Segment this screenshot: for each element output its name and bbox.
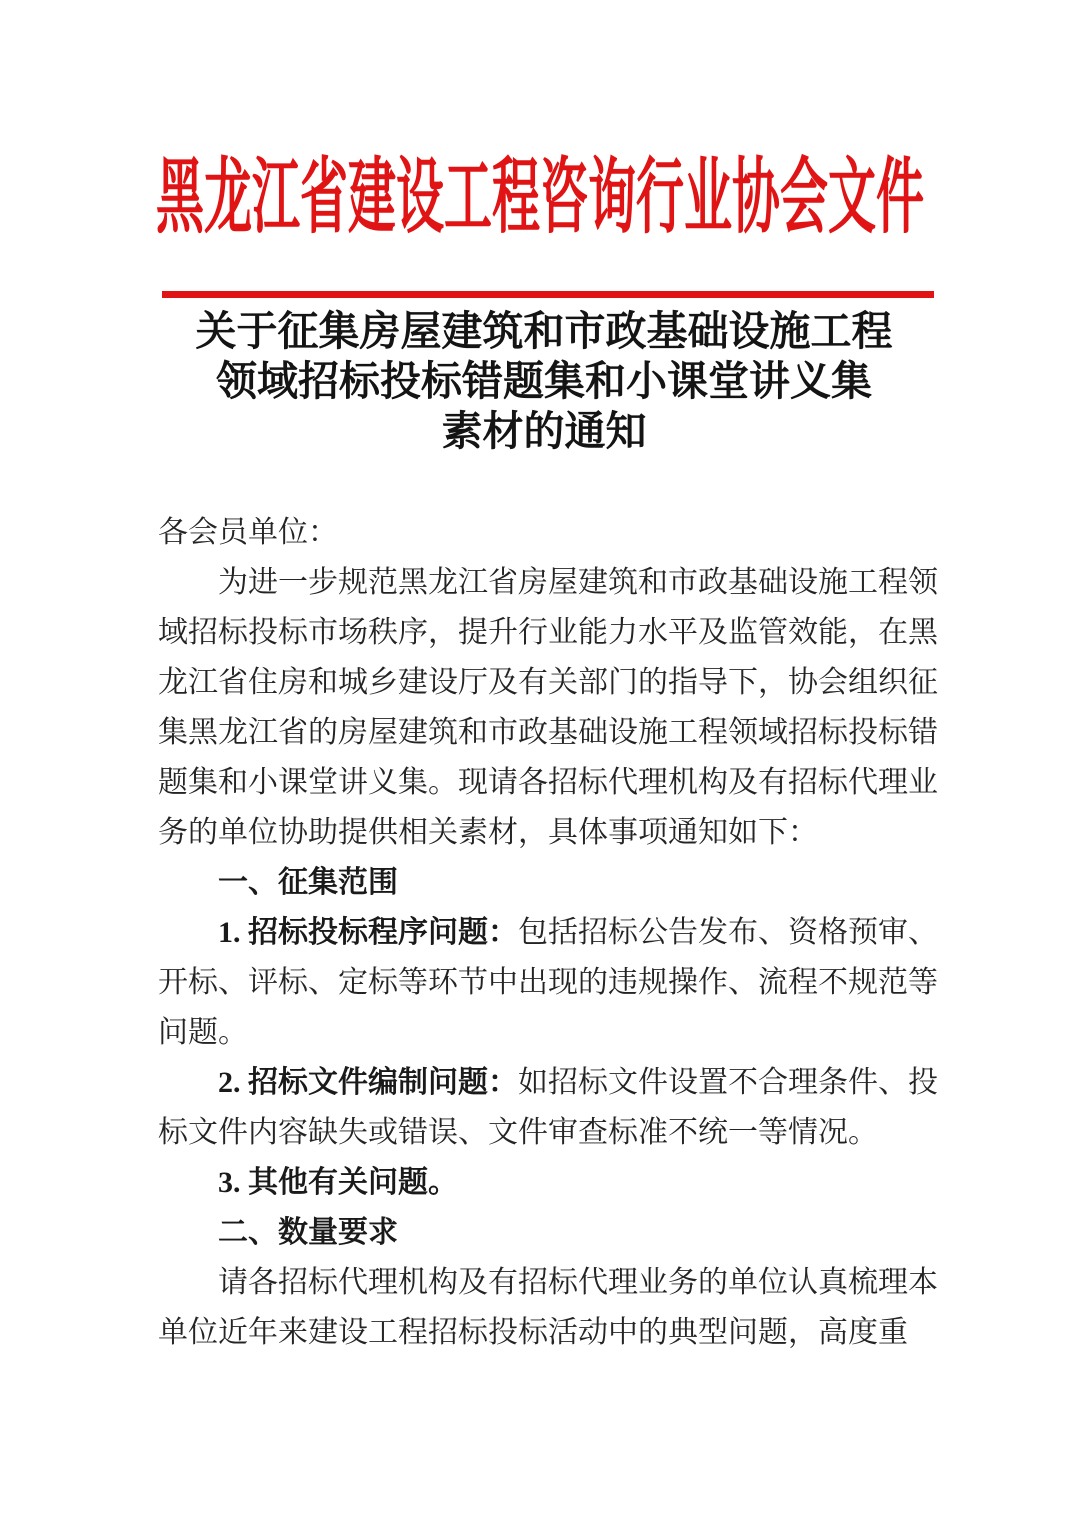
item-2-lead: 2. 招标文件编制问题： [218,1066,518,1099]
item-1-paragraph: 1. 招标投标程序问题：包括招标公告发布、资格预审、开标、评标、定标等环节中出现… [158,908,938,1058]
document-body: 各会员单位： 为进一步规范黑龙江省房屋建筑和市政基础设施工程领域招标投标市场秩序… [158,508,938,1358]
title-line-3: 素材的通知 [154,406,934,456]
document-title: 关于征集房屋建筑和市政基础设施工程 领域招标投标错题集和小课堂讲义集 素材的通知 [154,306,934,456]
intro-paragraph: 为进一步规范黑龙江省房屋建筑和市政基础设施工程领域招标投标市场秩序，提升行业能力… [158,558,938,858]
section-2-heading: 二、数量要求 [158,1208,938,1258]
official-notice-document: 黑龙江省建设工程咨询行业协会文件 关于征集房屋建筑和市政基础设施工程 领域招标投… [0,0,1080,1527]
title-line-1: 关于征集房屋建筑和市政基础设施工程 [154,306,934,356]
red-header-banner: 黑龙江省建设工程咨询行业协会文件 [0,158,1080,241]
item-1-lead: 1. 招标投标程序问题： [218,916,518,949]
red-divider-rule [162,291,934,298]
requirements-paragraph: 请各招标代理机构及有招标代理业务的单位认真梳理本单位近年来建设工程招标投标活动中… [158,1258,938,1358]
item-3-paragraph: 3. 其他有关问题。 [158,1158,938,1208]
section-1-heading: 一、征集范围 [158,858,938,908]
item-2-paragraph: 2. 招标文件编制问题：如招标文件设置不合理条件、投标文件内容缺失或错误、文件审… [158,1058,938,1158]
title-line-2: 领域招标投标错题集和小课堂讲义集 [154,356,934,406]
salutation: 各会员单位： [158,508,938,558]
